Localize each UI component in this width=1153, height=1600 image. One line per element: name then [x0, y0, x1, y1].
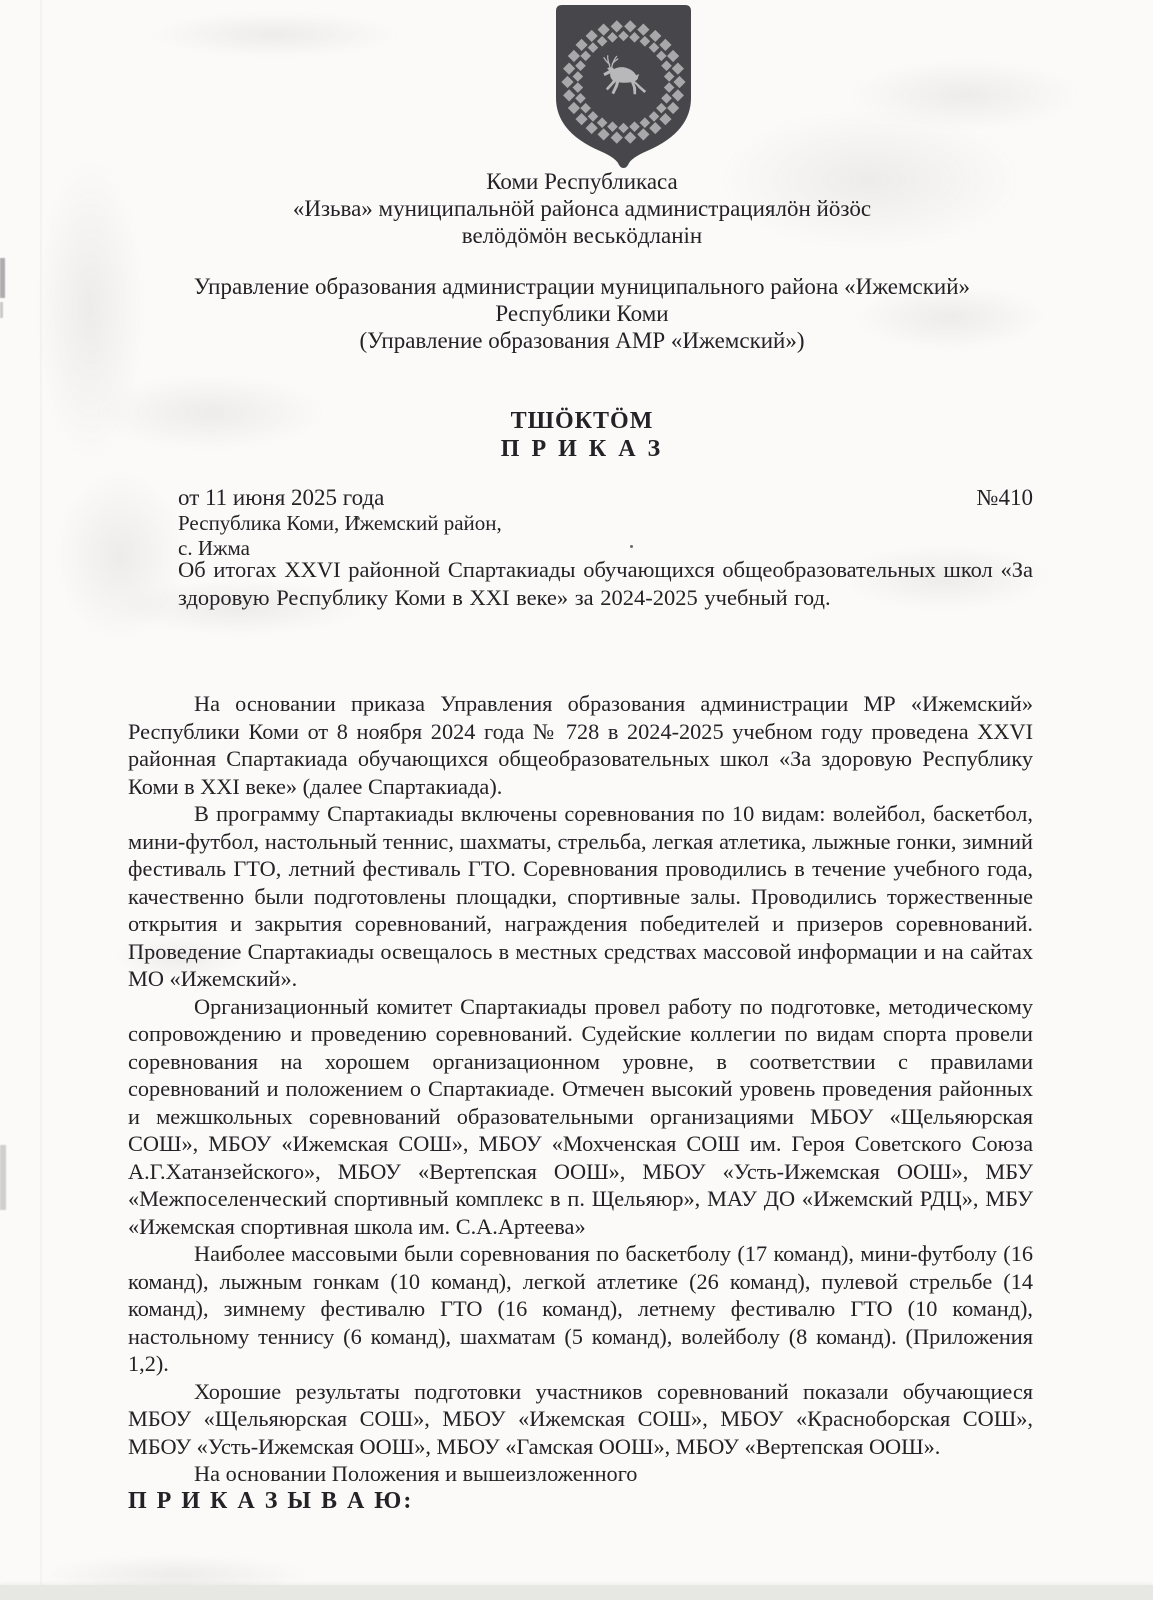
org-header-komi: Коми Республикаса «Изьва» муниципальнöй …	[0, 168, 1153, 249]
document-date: от 11 июня 2025 года	[178, 484, 384, 511]
order-word: П Р И К А З Ы В А Ю:	[128, 1488, 1033, 1516]
scan-edge-mark	[0, 1145, 6, 1210]
title-rus: П Р И К А З	[0, 435, 1153, 464]
basis-line: На основании Положения и вышеизложенного	[128, 1460, 1033, 1488]
document-subject: Об итогах XXVI районной Спартакиады обуч…	[178, 556, 1033, 612]
org-line: велöдöмöн веськöдланiн	[0, 222, 1153, 249]
org-line: «Изьва» муниципальнöй районса администра…	[0, 195, 1153, 222]
body-paragraph: На основании приказа Управления образова…	[128, 690, 1033, 800]
org-line: Управление образования администрации мун…	[0, 273, 1153, 300]
org-line: Республики Коми	[0, 300, 1153, 327]
bleedthrough-smudge	[850, 60, 1080, 130]
body-paragraph: Наиболее массовыми были соревнования по …	[128, 1240, 1033, 1378]
document-body: На основании приказа Управления образова…	[128, 690, 1033, 1515]
coat-of-arms-svg	[550, 2, 697, 168]
scanned-order-page: Коми Республикаса «Изьва» муниципальнöй …	[0, 0, 1153, 1600]
document-title: ТШÖКТÖМ П Р И К А З	[0, 408, 1153, 464]
scan-bottom-edge	[0, 1585, 1153, 1600]
body-paragraph: Хорошие результаты подготовки участников…	[128, 1378, 1033, 1461]
org-header-rus: Управление образования администрации мун…	[0, 273, 1153, 354]
date-number-row: от 11 июня 2025 года №410	[178, 484, 1033, 511]
body-paragraph: В программу Спартакиады включены соревно…	[128, 800, 1033, 993]
coat-of-arms	[550, 2, 697, 168]
bleedthrough-smudge	[55, 470, 185, 640]
bleedthrough-smudge	[150, 12, 400, 57]
title-komi: ТШÖКТÖМ	[0, 408, 1153, 435]
org-line: (Управление образования АМР «Ижемский»)	[0, 327, 1153, 354]
place-block: Республика Коми, Ижемский район, с. Ижма	[178, 511, 778, 561]
place-line: Республика Коми, Ижемский район,	[178, 511, 778, 536]
body-paragraph: Организационный комитет Спартакиады пров…	[128, 993, 1033, 1241]
document-number: №410	[977, 484, 1033, 511]
org-line: Коми Республикаса	[0, 168, 1153, 195]
